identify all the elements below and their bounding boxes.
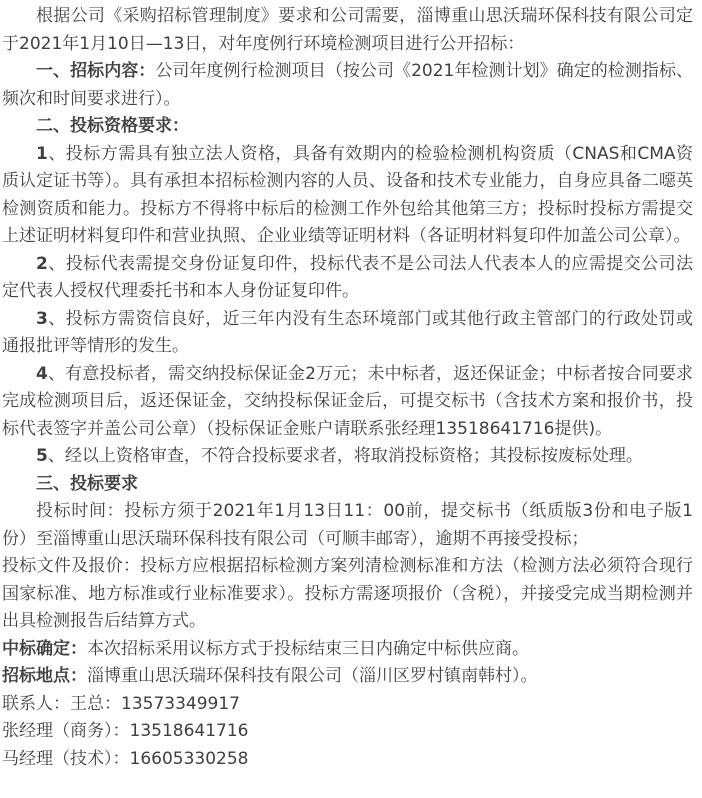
bold-text-run: 4 xyxy=(36,364,48,384)
bold-text-run: 5 xyxy=(36,446,48,466)
text-run: 、投标方需资信良好，近三年内没有生态环境部门或其他行政主管部门的行政处罚或通报批… xyxy=(2,309,693,357)
bid-time-paragraph: 投标时间：投标方须于2021年1月13日11：00前，提交标书（纸质版3份和电子… xyxy=(2,498,693,553)
text-run: 本次招标采用议标方式于投标结束三日内确定中标供应商。 xyxy=(87,639,529,659)
bold-text-run: 中标确定： xyxy=(2,639,87,659)
text-run: 、经以上资格审查，不符合投标要求者，将取消投标资格；其投标按废标处理。 xyxy=(48,446,643,466)
text-run: 、投标代表需提交身份证复印件，投标代表不是公司法人代表本人的应需提交公司法定代表… xyxy=(2,254,693,302)
tender-location-paragraph: 招标地点：淄博重山思沃瑞环保科技有限公司（淄川区罗村镇南韩村）。 xyxy=(2,663,693,691)
tender-announcement-document: 根据公司《采购招标管理制度》要求和公司需要，淄博重山思沃瑞环保科技有限公司定于2… xyxy=(0,0,702,798)
qualification-item-3: 3、投标方需资信良好，近三年内没有生态环境部门或其他行政主管部门的行政处罚或通报… xyxy=(2,306,693,361)
bold-text-run: 3 xyxy=(36,309,48,329)
text-run: 淄博重山思沃瑞环保科技有限公司（淄川区罗村镇南韩村）。 xyxy=(87,666,538,686)
qualification-item-1: 1、投标方需具有独立法人资格，具备有效期内的检验检测机构资质（CNAS和CMA资… xyxy=(2,141,693,251)
bid-documents-paragraph: 投标文件及报价：投标方应根据招标检测方案列清检测标准和方法（检测方法必须符合现行… xyxy=(2,553,693,636)
bold-text-run: 二、投标资格要求： xyxy=(36,116,189,136)
contact-wang: 联系人：王总：13573349917 xyxy=(2,691,693,719)
bold-text-run: 一、招标内容： xyxy=(36,61,155,81)
document-body: 根据公司《采购招标管理制度》要求和公司需要，淄博重山思沃瑞环保科技有限公司定于2… xyxy=(2,3,693,773)
section-3-heading: 三、投标要求 xyxy=(2,471,693,499)
text-run: 投标时间：投标方须于2021年1月13日11：00前，提交标书（纸质版3份和电子… xyxy=(2,501,693,549)
text-run: 、投标方需具有独立法人资格，具备有效期内的检验检测机构资质（CNAS和CMA资质… xyxy=(2,144,693,247)
section-2-heading: 二、投标资格要求： xyxy=(2,113,693,141)
bold-text-run: 三、投标要求 xyxy=(36,474,138,494)
text-run: 投标文件及报价：投标方应根据招标检测方案列清检测标准和方法（检测方法必须符合现行… xyxy=(2,556,693,631)
text-run: 根据公司《采购招标管理制度》要求和公司需要，淄博重山思沃瑞环保科技有限公司定于2… xyxy=(2,6,693,54)
bold-text-run: 1 xyxy=(36,144,48,164)
text-run: 联系人：王总：13573349917 xyxy=(2,694,240,714)
text-run: 马经理（技术）：16605330258 xyxy=(2,749,248,769)
award-determination-paragraph: 中标确定：本次招标采用议标方式于投标结束三日内确定中标供应商。 xyxy=(2,636,693,664)
qualification-item-2: 2、投标代表需提交身份证复印件，投标代表不是公司法人代表本人的应需提交公司法定代… xyxy=(2,251,693,306)
qualification-item-5: 5、经以上资格审查，不符合投标要求者，将取消投标资格；其投标按废标处理。 xyxy=(2,443,693,471)
contact-zhang: 张经理（商务）：13518641716 xyxy=(2,718,693,746)
text-run: 、有意投标者，需交纳投标保证金2万元；未中标者，返还保证金；中标者按合同要求完成… xyxy=(2,364,693,439)
intro-paragraph: 根据公司《采购招标管理制度》要求和公司需要，淄博重山思沃瑞环保科技有限公司定于2… xyxy=(2,3,693,58)
bold-text-run: 招标地点： xyxy=(2,666,87,686)
contact-ma: 马经理（技术）：16605330258 xyxy=(2,746,693,774)
bold-text-run: 2 xyxy=(36,254,48,274)
text-run: 张经理（商务）：13518641716 xyxy=(2,721,248,741)
qualification-item-4: 4、有意投标者，需交纳投标保证金2万元；未中标者，返还保证金；中标者按合同要求完… xyxy=(2,361,693,444)
section-1-tender-content: 一、招标内容：公司年度例行检测项目（按公司《2021年检测计划》确定的检测指标、… xyxy=(2,58,693,113)
